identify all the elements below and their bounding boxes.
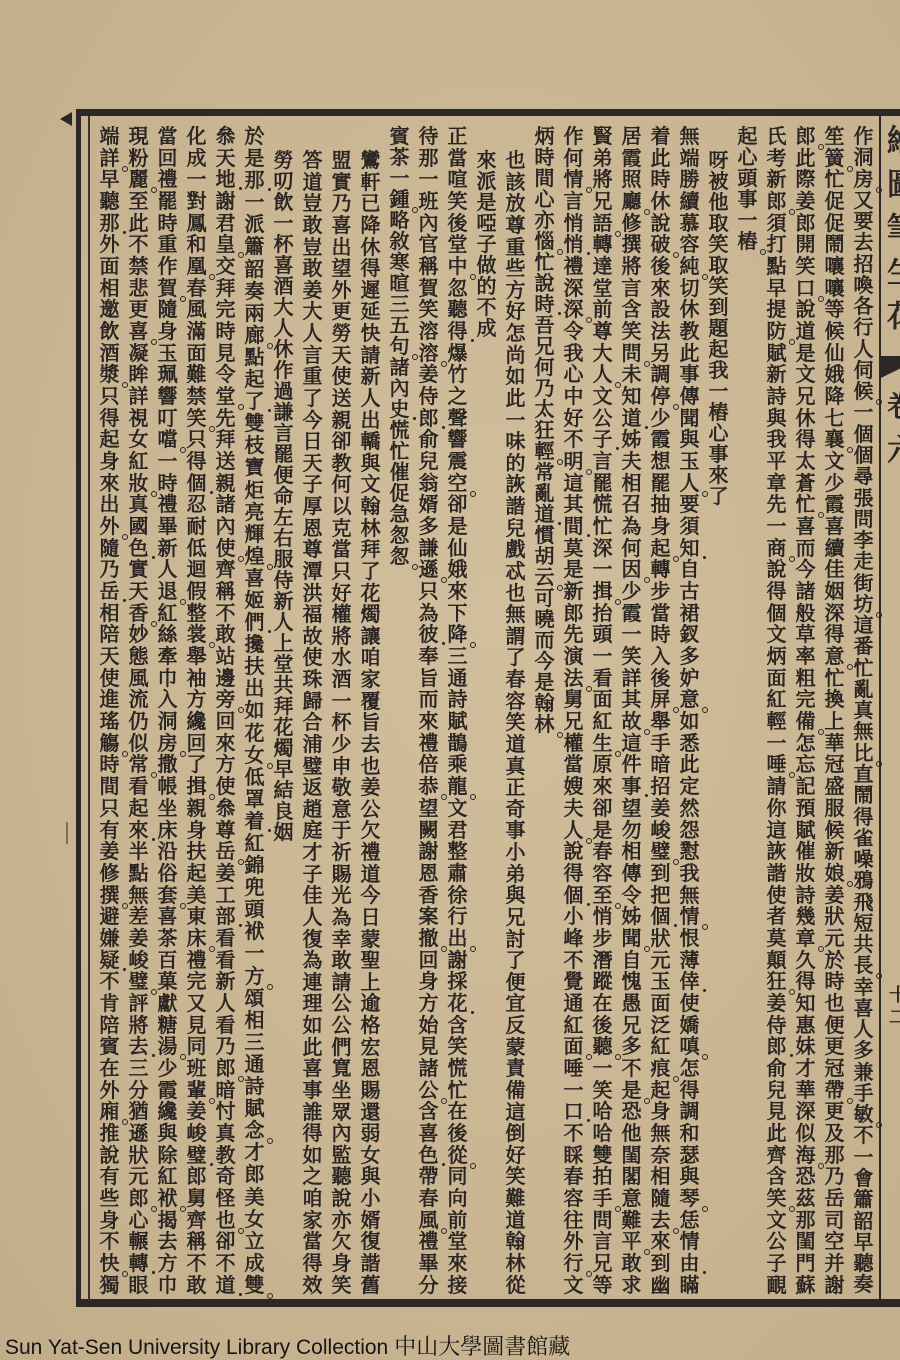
punctuation-circle-mark xyxy=(151,1206,157,1212)
book-title: 繪圖筆生花 xyxy=(883,124,900,344)
punctuation-dot-mark xyxy=(703,556,706,559)
frame-left-inner-border xyxy=(88,116,90,1300)
text-body: 作洞房又要去招喚各行人伺候一個個尋張問李走街坊這番忙亂真無比直鬧得雀噪鴉飛短共長… xyxy=(95,118,878,1298)
punctuation-dot-mark xyxy=(790,1054,793,1057)
text-column: 起心頭事一樁 xyxy=(733,118,762,1298)
punctuation-circle-mark xyxy=(876,612,882,618)
punctuation-circle-mark xyxy=(151,491,157,497)
fish-tail-mark-icon xyxy=(881,356,900,378)
punctuation-circle-mark xyxy=(789,1206,795,1212)
punctuation-circle-mark xyxy=(586,1271,592,1277)
punctuation-dot-mark xyxy=(587,534,590,537)
punctuation-circle-mark xyxy=(122,1119,128,1125)
punctuation-circle-mark xyxy=(557,585,563,591)
punctuation-circle-mark xyxy=(267,763,273,769)
punctuation-circle-mark xyxy=(180,751,186,757)
punctuation-circle-mark xyxy=(267,984,273,990)
text-column: 答道豈敢豈敢姜大人言重了今日天子厚恩尊潭洪福故使珠歸合浦璧返趙庭才子佳人復為連理… xyxy=(298,118,327,1298)
punctuation-dot-mark xyxy=(123,968,126,971)
punctuation-circle-mark xyxy=(151,989,157,995)
punctuation-circle-mark xyxy=(876,399,882,405)
text-column: 炳時間心亦惱忙說時吾兄何乃太狂輕常亂道慣胡云可曉而今是翰林 xyxy=(530,118,559,1298)
punctuation-dot-mark xyxy=(442,426,445,429)
punctuation-circle-mark xyxy=(267,1138,273,1144)
punctuation-circle-mark xyxy=(557,249,563,255)
punctuation-circle-mark xyxy=(267,1293,273,1299)
text-column: 無端勝續慕容純切休教此事傳聞與玉人要須知自古裙釵多妒意如悉此定然怨懟我無情恨薄倖… xyxy=(675,118,704,1298)
punctuation-circle-mark xyxy=(644,729,650,735)
frame-top-border xyxy=(76,109,900,116)
punctuation-dot-mark xyxy=(413,417,416,420)
text-column: 居霞照廳修撰將言含笑問未知道姊夫相召為何因少霞一笑詳其故這件事望勿相傳令姊聞自愧… xyxy=(617,118,646,1298)
punctuation-circle-mark xyxy=(702,274,708,280)
text-column: 郎此際姜郎開笑口說道是文兄休得太蒼忙喜而今諸般草率粗完備怎忘記預賦催妝詩幾章久得… xyxy=(791,118,820,1298)
corner-marker-icon xyxy=(60,112,72,126)
punctuation-dot-mark xyxy=(239,924,242,927)
punctuation-dot-mark xyxy=(471,339,474,342)
punctuation-dot-mark xyxy=(210,491,213,494)
punctuation-circle-mark xyxy=(151,339,157,345)
punctuation-circle-mark xyxy=(818,946,824,952)
punctuation-circle-mark xyxy=(180,903,186,909)
punctuation-dot-mark xyxy=(471,1011,474,1014)
punctuation-circle-mark xyxy=(586,469,592,475)
punctuation-circle-mark xyxy=(615,382,621,388)
text-column: 氏考新郎須打點早提防賦新詩與我平章先一商說得個文炳面紅輕一唾請你這詼諧使者莫顛狂… xyxy=(762,118,791,1298)
punctuation-circle-mark xyxy=(847,447,853,453)
punctuation-circle-mark xyxy=(876,1122,882,1128)
punctuation-dot-mark xyxy=(152,556,155,559)
text-column: 作洞房又要去招喚各行人伺候一個個尋張問李走街坊這番忙亂真無比直鬧得雀噪鴉飛短共長… xyxy=(849,118,878,1298)
punctuation-circle-mark xyxy=(238,1228,244,1234)
punctuation-circle-mark xyxy=(122,751,128,757)
punctuation-circle-mark xyxy=(644,577,650,583)
punctuation-dot-mark xyxy=(152,1271,155,1274)
punctuation-circle-mark xyxy=(644,1249,650,1255)
punctuation-circle-mark xyxy=(470,274,476,280)
punctuation-circle-mark xyxy=(412,354,418,360)
punctuation-circle-mark xyxy=(789,556,795,562)
punctuation-circle-mark xyxy=(441,946,447,952)
punctuation-circle-mark xyxy=(470,794,476,800)
punctuation-circle-mark xyxy=(673,859,679,865)
punctuation-circle-mark xyxy=(151,187,157,193)
punctuation-dot-mark xyxy=(268,630,271,633)
punctuation-circle-mark xyxy=(586,187,592,193)
punctuation-circle-mark xyxy=(180,447,186,453)
text-column: 叅天地謝君皇交拜完時見令堂先拜送親諸內使齊稱不敢站邊旁回來方使叅尊岳姜工部看看新… xyxy=(211,118,240,1298)
collection-name-english: Sun Yat-Sen University Library Collectio… xyxy=(5,1336,388,1359)
punctuation-circle-mark xyxy=(702,491,708,497)
text-column: 當回禮罷時重作賀隨身玉珮響叮噹一時禮畢新人退紅絲牽巾入洞房撒帳坐床沿俗套喜茶百菓… xyxy=(153,118,182,1298)
punctuation-circle-mark xyxy=(644,361,650,367)
punctuation-circle-mark xyxy=(818,512,824,518)
scanned-book-page: 繪圖筆生花 卷六 十二 作洞房又要去招喚各行人伺候一個個尋張問李走街坊這番忙亂真… xyxy=(0,0,900,1360)
punctuation-dot-mark xyxy=(123,599,126,602)
leaf-number: 十二 xyxy=(887,985,900,1029)
punctuation-circle-mark xyxy=(644,1098,650,1104)
text-column: 賢弟將兄語轉達堂前尊大人文公子言罷慌忙深一揖抬頭一看面紅生原來卻是春容至悄步潛蹤… xyxy=(588,118,617,1298)
punctuation-dot-mark xyxy=(587,1119,590,1122)
punctuation-circle-mark xyxy=(789,209,795,215)
text-column: 作何情言悄悄禮深深令我心中好不明這其間莫是新郎先演法舅兄權當嫂夫人說得個小峰不覺… xyxy=(559,118,588,1298)
text-column: 正當喧笑後堂中忽聽得爆竹之聲響震空卻是仙娥來下降三通詩賦鵲乘龍文君整肅徐行出謝採… xyxy=(443,118,472,1298)
punctuation-circle-mark xyxy=(615,1206,621,1212)
punctuation-circle-mark xyxy=(441,1098,447,1104)
text-column: 盟實乃喜出望外更勞天使送親卻教何以克當只好權將水酒一杯少申敬意于祈賜光為幸敢請公… xyxy=(327,118,356,1298)
punctuation-circle-mark xyxy=(238,404,244,410)
text-column: 勞叨飲一杯喜酒大人休作過謙言罷便命左右服侍新人上堂共拜花燭早結良姻 xyxy=(269,118,298,1298)
punctuation-circle-mark xyxy=(267,343,273,349)
punctuation-dot-mark xyxy=(152,838,155,841)
punctuation-circle-mark xyxy=(615,599,621,605)
punctuation-circle-mark xyxy=(122,903,128,909)
punctuation-circle-mark xyxy=(209,1098,215,1104)
punctuation-circle-mark xyxy=(122,166,128,172)
punctuation-dot-mark xyxy=(645,426,648,429)
punctuation-circle-mark xyxy=(789,339,795,345)
punctuation-circle-mark xyxy=(441,577,447,583)
punctuation-dot-mark xyxy=(239,1293,242,1296)
punctuation-dot-mark xyxy=(558,522,561,525)
text-column: 着此時休說破後來設法另調停少霞想罷抽身起轉步當時入後屏舉手暗招姜峻璧到把個狀元玉… xyxy=(646,118,675,1298)
punctuation-circle-mark xyxy=(876,187,882,193)
punctuation-circle-mark xyxy=(673,404,679,410)
punctuation-circle-mark xyxy=(673,252,679,258)
punctuation-circle-mark xyxy=(847,166,853,172)
punctuation-dot-mark xyxy=(674,924,677,927)
punctuation-dot-mark xyxy=(152,1054,155,1057)
punctuation-circle-mark xyxy=(702,924,708,930)
punctuation-circle-mark xyxy=(586,838,592,844)
text-column: 現粉麗至此不禁悲更喜凝眸詳視女紅妝真國色實天香妙態風流仍似常看起來半點無差姜峻璧… xyxy=(124,118,153,1298)
text-column: 也該放尊重些方好怎尚如此一味的詼諧兒戲忒也無謂了春容笑道真正奇事小弟與兄討了便宜… xyxy=(501,118,530,1298)
punctuation-dot-mark xyxy=(210,1163,213,1166)
punctuation-circle-mark xyxy=(209,946,215,952)
punctuation-dot-mark xyxy=(123,231,126,234)
punctuation-circle-mark xyxy=(818,296,824,302)
punctuation-circle-mark xyxy=(557,732,563,738)
punctuation-circle-mark xyxy=(673,556,679,562)
text-column: 待那一班內官稱賀笑溶溶姜侍郎俞兒翁婿多謙遜只為彼奉旨而來禮倍恭望闕謝恩香案撤回身… xyxy=(414,118,443,1298)
text-column: 於是那一派簫韶奏兩廊點起了雙枝寶炬亮輝煌喜姬們攙扶出如花女低罩着紅錦兜頭袱一方頌… xyxy=(240,118,269,1298)
punctuation-circle-mark xyxy=(818,144,824,150)
punctuation-circle-mark xyxy=(209,426,215,432)
punctuation-circle-mark xyxy=(586,317,592,323)
punctuation-circle-mark xyxy=(238,252,244,258)
punctuation-circle-mark xyxy=(847,1098,853,1104)
punctuation-circle-mark xyxy=(122,1271,128,1277)
punctuation-circle-mark xyxy=(615,903,621,909)
punctuation-circle-mark xyxy=(876,973,882,979)
text-column: 笙簧忙促促鬧嚷嚷等候仙娥降七襄文少霞喜續佳姻深得意忙換上華冠盛服候新娘姜狀元於時… xyxy=(820,118,849,1298)
punctuation-circle-mark xyxy=(644,209,650,215)
punctuation-circle-mark xyxy=(238,859,244,865)
text-column: 呀被他取笑取笑到題起我一樁心事來了 xyxy=(704,118,733,1298)
frame-bottom-border xyxy=(76,1299,900,1307)
punctuation-dot-mark xyxy=(268,829,271,832)
text-column: 來派是啞子做的不成 xyxy=(472,118,501,1298)
punctuation-circle-mark xyxy=(818,1163,824,1169)
punctuation-circle-mark xyxy=(702,1054,708,1060)
punctuation-circle-mark xyxy=(267,564,273,570)
punctuation-circle-mark xyxy=(441,794,447,800)
punctuation-dot-mark xyxy=(703,1271,706,1274)
text-column: 賓茶一鍾略敘寒暄三五句諸內史慌忙催促急怱怱 xyxy=(385,118,414,1298)
punctuation-circle-mark xyxy=(470,491,476,497)
punctuation-circle-mark xyxy=(760,249,766,255)
punctuation-dot-mark xyxy=(703,989,706,992)
punctuation-circle-mark xyxy=(673,1228,679,1234)
punctuation-circle-mark xyxy=(180,1054,186,1060)
punctuation-circle-mark xyxy=(122,382,128,388)
punctuation-circle-mark xyxy=(789,989,795,995)
punctuation-circle-mark xyxy=(180,1206,186,1212)
punctuation-circle-mark xyxy=(470,1163,476,1169)
punctuation-circle-mark xyxy=(209,274,215,280)
punctuation-circle-mark xyxy=(557,459,563,465)
frame-left-outer-border xyxy=(76,109,81,1307)
punctuation-dot-mark xyxy=(268,188,271,191)
punctuation-dot-mark xyxy=(442,1163,445,1166)
volume-label: 卷六 xyxy=(883,390,900,478)
punctuation-dot-mark xyxy=(558,312,561,315)
punctuation-circle-mark xyxy=(615,1054,621,1060)
punctuation-circle-mark xyxy=(412,207,418,213)
punctuation-circle-mark xyxy=(847,664,853,670)
text-column: 鸞軒已降休得遲延快請新人出轎與文翰林拜了花燭讓咱家覆旨去也姜公欠禮道今日蒙聖上逾… xyxy=(356,118,385,1298)
punctuation-circle-mark xyxy=(238,556,244,562)
punctuation-circle-mark xyxy=(238,1076,244,1082)
punctuation-dot-mark xyxy=(645,794,648,797)
punctuation-circle-mark xyxy=(615,231,621,237)
punctuation-circle-mark xyxy=(441,361,447,367)
punctuation-circle-mark xyxy=(673,1076,679,1082)
punctuation-circle-mark xyxy=(847,881,853,887)
punctuation-dot-mark xyxy=(239,187,242,190)
punctuation-circle-mark xyxy=(702,1206,708,1212)
punctuation-circle-mark xyxy=(412,564,418,570)
punctuation-circle-mark xyxy=(818,729,824,735)
collection-name-chinese: 中山大學圖書館藏 xyxy=(394,1334,570,1359)
punctuation-circle-mark xyxy=(441,1228,447,1234)
punctuation-circle-mark xyxy=(586,686,592,692)
punctuation-dot-mark xyxy=(268,409,271,412)
text-column: 化成一對鳳和凰春風滿面難禁笑只得個忍耐低迴假整裳舉袖方纔回了揖親身扶起美東床禮完… xyxy=(182,118,211,1298)
binding-mark xyxy=(66,822,68,844)
punctuation-circle-mark xyxy=(615,751,621,757)
punctuation-circle-mark xyxy=(151,621,157,627)
punctuation-dot-mark xyxy=(587,903,590,906)
punctuation-circle-mark xyxy=(180,599,186,605)
punctuation-circle-mark xyxy=(180,296,186,302)
collection-watermark: Sun Yat-Sen University Library Collectio… xyxy=(5,1330,570,1360)
punctuation-circle-mark xyxy=(644,946,650,952)
punctuation-circle-mark xyxy=(209,794,215,800)
punctuation-circle-mark xyxy=(470,946,476,952)
text-column: 端詳早聽那外面相邀飲酒漿只得起身來出外隨乃岳相陪天使進瑤觴時間只有姜修撰避嫌疑不… xyxy=(95,118,124,1298)
punctuation-circle-mark xyxy=(122,534,128,540)
punctuation-circle-mark xyxy=(876,761,882,767)
punctuation-circle-mark xyxy=(586,1054,592,1060)
